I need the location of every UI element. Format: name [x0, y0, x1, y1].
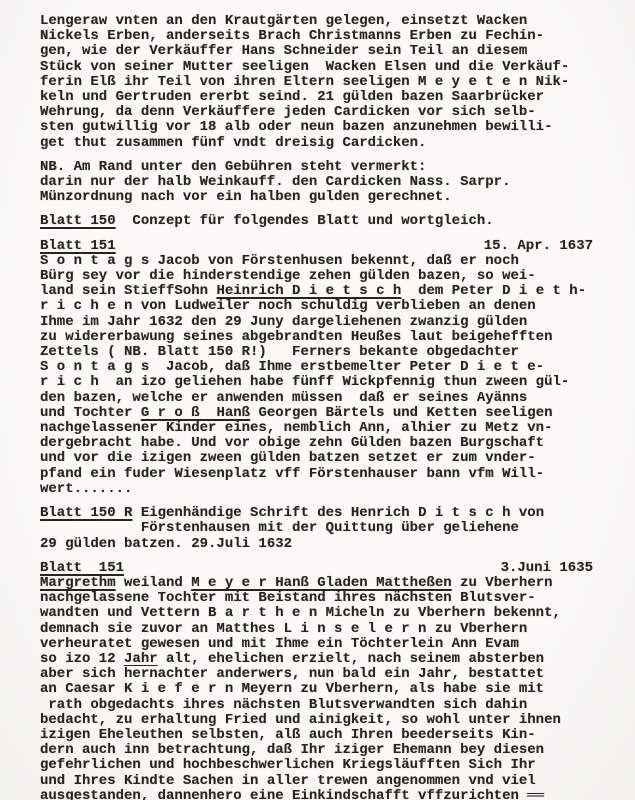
text-segment: hern	[124, 666, 158, 682]
text-line: Lengeraw vnten an den Krautgärten gelege…	[40, 14, 593, 29]
text-line: den bazen, welche er anwenden müssen daß…	[40, 391, 593, 406]
text-segment: darin nur der halb Weinkauff. den Cardic…	[40, 174, 510, 190]
text-segment: S o n t a g s Jacob von Förstenhusen bek…	[40, 253, 519, 269]
text-segment: Münzordnung nach vor ein halben gulden g…	[40, 189, 452, 205]
entry-heading-tail: Conzept für folgendes Blatt und wortglei…	[116, 214, 494, 229]
text-line: bedacht, zu erhaltung Fried und ainigkei…	[40, 713, 593, 728]
text-segment: dergebracht habe. Und vor obige zehn Gül…	[40, 435, 544, 451]
text-segment: Lengeraw vnten an den Krautgärten gelege…	[40, 13, 527, 29]
text-segment: Bürg sey vor die hinderstendige zehen gü…	[40, 268, 536, 284]
entry-heading: Blatt 150	[40, 214, 116, 229]
blatt-151-entry-1635: Blatt 1513.Juni 1635Margrethm weiland M …	[40, 561, 593, 800]
text-segment: nachgelassener Kinder eines, nemblich An…	[40, 420, 552, 436]
entry-heading-line: Blatt 150 Conzept für folgendes Blatt un…	[40, 214, 593, 229]
entry-heading-line: Blatt 1513.Juni 1635	[40, 561, 593, 576]
text-segment: verheuratet gewesen und mit Ihme ein Töc…	[40, 636, 519, 652]
text-line: darin nur der halb Weinkauff. den Cardic…	[40, 175, 593, 190]
text-line: pfand ein fuder Wiesenplatz vff Förstenh…	[40, 467, 593, 482]
text-line: wert.......	[40, 482, 593, 497]
entry-date: 3.Juni 1635	[501, 561, 593, 576]
text-segment: Georgen Bärtels und Ketten seeligen	[250, 405, 552, 421]
text-segment: und Ihres Kindte Sachen in aller trewen …	[40, 773, 536, 789]
text-segment: get thut zusammen fünf vndt dreisig Card…	[40, 135, 426, 151]
text-segment: dem Peter D i e t h-	[401, 283, 586, 299]
text-line: Margrethm weiland M e y e r Hanß Gladen …	[40, 576, 593, 591]
entry-heading: Blatt 151	[40, 239, 116, 254]
text-line: gen, wie der Verkäuffer Hans Schneider s…	[40, 44, 593, 59]
text-line: Stück von seiner Mutter seeligen Wacken …	[40, 60, 593, 75]
text-line: r i c h an izo geliehen habe fünff Wickp…	[40, 375, 593, 390]
text-segment: gefehrlichen und hochbeschwerlichen Krie…	[40, 757, 536, 773]
text-segment: Stück von seiner Mutter seeligen Wacken …	[40, 59, 569, 75]
text-segment: keln und Gertruden ererbt seind. 21 güld…	[40, 89, 544, 105]
text-segment: wert.......	[40, 481, 132, 497]
text-line: an Caesar K i e f e r n Meyern zu Vberhe…	[40, 682, 593, 697]
text-segment: an Caesar K i e f e r n Meyern zu Vberhe…	[40, 681, 544, 697]
text-segment: S o n t a g s Jacob, daß Ihme erstbemelt…	[40, 359, 544, 375]
text-segment: weiland	[116, 575, 192, 591]
text-segment: Ihme im Jahr 1632 den 29 Juny dargeliehe…	[40, 314, 527, 330]
text-line: wandten und Vettern B a r t h e n Michel…	[40, 606, 593, 621]
text-line: NB. Am Rand unter den Gebühren steht ver…	[40, 160, 593, 175]
text-segment: ferin Elß ihr Teil von ihren Eltern seel…	[40, 74, 569, 90]
text-line: und Tochter G r o ß Hanß Georgen Bärtels…	[40, 406, 593, 421]
text-segment: zu Vberhern	[452, 575, 553, 591]
text-line: Förstenhausen mit der Quittung über geli…	[40, 521, 593, 536]
text-line: demnach sie zuvor an Matthes L i n s e l…	[40, 622, 593, 637]
text-line: gefehrlichen und hochbeschwerlichen Krie…	[40, 758, 593, 773]
text-line: Ihme im Jahr 1632 den 29 Juny dargeliehe…	[40, 315, 593, 330]
text-segment: rath obgedachts ihres nächsten Blutsverw…	[40, 697, 527, 713]
text-line: Zettels ( NB. Blatt 150 R!) Ferners beka…	[40, 345, 593, 360]
text-line: rath obgedachts ihres nächsten Blutsverw…	[40, 698, 593, 713]
text-line: ferin Elß ihr Teil von ihren Eltern seel…	[40, 75, 593, 90]
text-segment: gen, wie der Verkäuffer Hans Schneider s…	[40, 43, 527, 59]
text-segment: r i c h an izo geliehen habe fünff Wickp…	[40, 374, 569, 390]
text-segment: bedacht, zu erhaltung Fried und ainigkei…	[40, 712, 561, 728]
text-line: 29 gülden batzen. 29.Juli 1632	[40, 537, 593, 552]
document-page: Lengeraw vnten an den Krautgärten gelege…	[0, 0, 635, 800]
text-segment: 29 gülden batzen. 29.Juli 1632	[40, 536, 292, 552]
text-segment: izigen Eheleuthen selbsten, alß auch Ihr…	[40, 727, 536, 743]
text-segment: nachgelassene Tochter mit Beistand ihres…	[40, 590, 536, 606]
text-line: ausgestanden, dannenhero eine Einkindsch…	[40, 789, 593, 800]
text-segment: ══	[527, 788, 544, 800]
text-segment: G r o ß Hanß	[141, 405, 250, 421]
text-line: izigen Eheleuthen selbsten, alß auch Ihr…	[40, 728, 593, 743]
text-segment: ausgestanden, dannenhero eine Einkindsch…	[40, 788, 527, 800]
text-segment: Margrethm	[40, 575, 116, 591]
text-segment: r i c h e n von Ludweiler noch schuldig …	[40, 298, 536, 314]
text-line: und Ihres Kindte Sachen in aller trewen …	[40, 774, 593, 789]
text-line: und vor die izigen zween gülden batzen s…	[40, 451, 593, 466]
text-segment: zu widererbawung seines abgebrandten Heu…	[40, 329, 552, 345]
text-line: so izo 12 Jahr alt, ehelichen erzielt, n…	[40, 652, 593, 667]
text-line: zu widererbawung seines abgebrandten Heu…	[40, 330, 593, 345]
text-segment: den bazen, welche er anwenden müssen daß…	[40, 390, 527, 406]
text-segment: aber sich	[40, 666, 124, 682]
text-line: Münzordnung nach vor ein halben gulden g…	[40, 190, 593, 205]
text-segment: so izo 12 Jahr alt, ehelichen erzielt, n…	[40, 651, 544, 667]
text-line: Bürg sey vor die hinderstendige zehen gü…	[40, 269, 593, 284]
text-segment: achter anderwers, nun bald ein Jahr, bes…	[158, 666, 544, 682]
text-line: sten gutwillig vor 18 alb oder neun baze…	[40, 120, 593, 135]
text-segment: Wehrung, da denn Verkäuffere jeden Cardi…	[40, 104, 536, 120]
text-line: S o n t a g s Jacob von Förstenhusen bek…	[40, 254, 593, 269]
entry-heading-line: Blatt 15115. Apr. 1637	[40, 239, 593, 254]
text-line: r i c h e n von Ludweiler noch schuldig …	[40, 299, 593, 314]
text-line: nachgelassener Kinder eines, nemblich An…	[40, 421, 593, 436]
nb-note: NB. Am Rand unter den Gebühren steht ver…	[40, 160, 593, 206]
blatt-150r-entry: Blatt 150 R Eigenhändige Schrift des Hen…	[40, 506, 593, 552]
text-segment: sten gutwillig vor 18 alb oder neun baze…	[40, 119, 552, 135]
text-line: get thut zusammen fünf vndt dreisig Card…	[40, 136, 593, 151]
text-segment: wandten und Vettern B a r t h e n Michel…	[40, 605, 561, 621]
blatt-150-entry: Blatt 150 Conzept für folgendes Blatt un…	[40, 214, 593, 229]
text-line: keln und Gertruden ererbt seind. 21 güld…	[40, 90, 593, 105]
text-segment: und Tochter	[40, 405, 141, 421]
text-segment: Nickels Erben, anderseits Brach Christma…	[40, 28, 544, 44]
text-segment: Förstenhausen mit der Quittung über geli…	[40, 520, 519, 536]
text-segment: dern auch inn betrachtung, daß Ihr izige…	[40, 742, 544, 758]
text-segment: und vor die izigen zween gülden batzen s…	[40, 450, 536, 466]
text-segment: M e y e r Hanß Gladen Mattheßen	[191, 575, 451, 591]
blatt-151-entry-1637: Blatt 15115. Apr. 1637S o n t a g s Jaco…	[40, 239, 593, 497]
typescript-text: Lengeraw vnten an den Krautgärten gelege…	[40, 14, 593, 800]
opening-paragraph: Lengeraw vnten an den Krautgärten gelege…	[40, 14, 593, 151]
entry-heading: Blatt 151	[40, 561, 124, 576]
text-line: verheuratet gewesen und mit Ihme ein Töc…	[40, 637, 593, 652]
text-segment: NB. Am Rand unter den Gebühren steht ver…	[40, 159, 426, 175]
text-segment: land sein StieffSohn	[40, 283, 216, 299]
entry-date: 15. Apr. 1637	[484, 239, 593, 254]
text-segment: demnach sie zuvor an Matthes L i n s e l…	[40, 621, 527, 637]
text-segment: Heinrich D i e t s c h	[216, 283, 401, 299]
text-segment: Zettels ( NB. Blatt 150 R!) Ferners beka…	[40, 344, 519, 360]
text-segment: pfand ein fuder Wiesenplatz vff Förstenh…	[40, 466, 544, 482]
